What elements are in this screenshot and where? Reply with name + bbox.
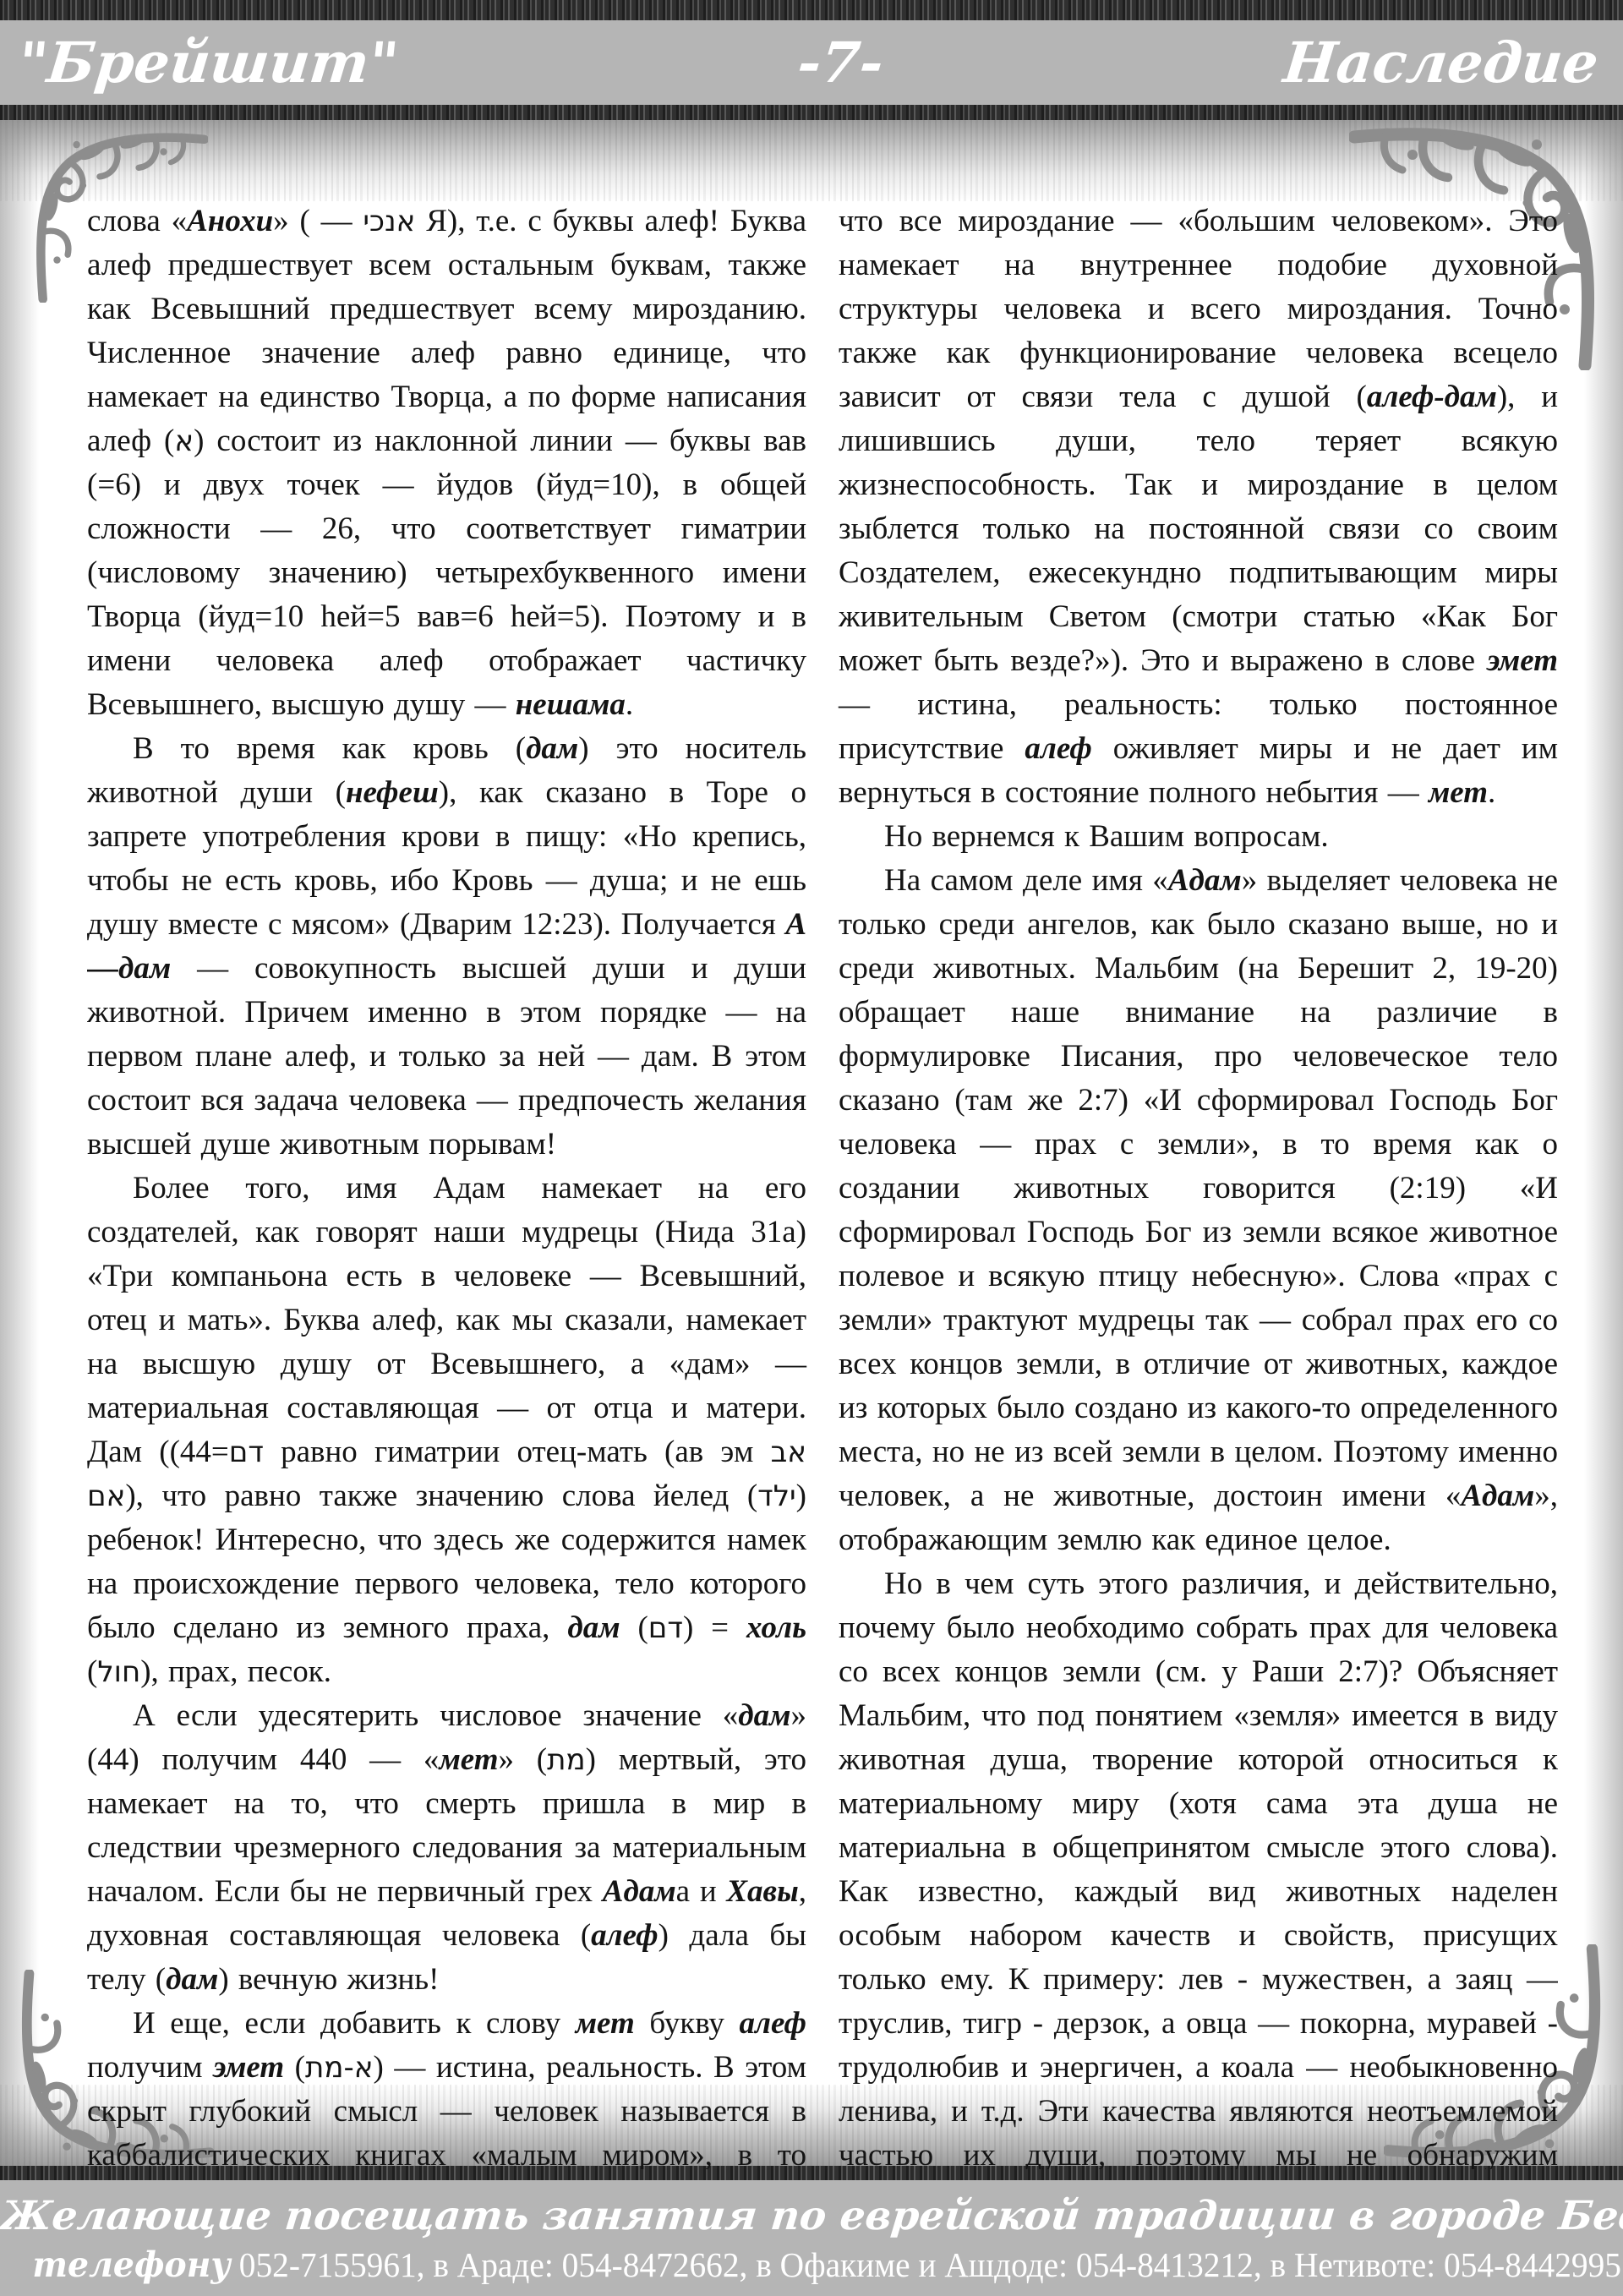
column-right: что все мироздание — «большим человеком»… [839,200,1558,2169]
text-run: слова « [87,204,187,238]
text-run: И еще, если добавить к слову [133,2006,576,2041]
text-run: букву [635,2006,740,2041]
emphasized-term: дам [567,1610,620,1645]
text-run: получим [87,2050,213,2085]
paragraph: В то время как кровь (дам) это носитель … [87,727,806,1167]
text-run: » выделяет человека не только среди анге… [839,863,1558,1513]
top-texture-strip [0,0,1623,20]
left-page-edge-shading [0,120,39,2166]
text-run: ), что равно также значению слова йелед … [125,1479,757,1513]
emphasized-term: нефеш [346,775,439,810]
text-run: . [626,687,633,722]
text-run: Но вернемся к Вашим вопросам. [884,819,1329,854]
hebrew-term: מת [547,1743,585,1777]
newsletter-series-title: Наследие [1280,30,1601,96]
hebrew-term: ילד [757,1479,796,1513]
emphasized-term: дам [166,1962,218,1997]
footer-phones-lead: телефону [32,2244,231,2285]
paragraph: слова «Анохи» ( — אנכי Я), т.е. с буквы … [87,200,806,727]
article-body: слова «Анохи» ( — אנכי Я), т.е. с буквы … [87,200,1558,2169]
emphasized-term: эмет [213,2050,284,2085]
text-run: А если удесятерить числовое значение « [133,1698,738,1733]
text-run: В то время как кровь ( [133,731,526,766]
emphasized-term: нешама [516,687,626,722]
column-left: слова «Анохи» ( — אנכי Я), т.е. с буквы … [87,200,806,2169]
emphasized-term: мет [1429,775,1488,810]
emphasized-term: Хавы [726,1874,798,1909]
emphasized-term: алеф [591,1918,658,1953]
footer-phone-numbers: 052-7155961, в Араде: 054-8472662, в Офа… [231,2245,1621,2284]
text-run: ), прах, песок. [140,1654,331,1689]
paragraph: Более того, имя Адам намекает на его соз… [87,1167,806,1694]
emphasized-term: алеф [1025,731,1091,766]
text-run: » ( [499,1742,548,1777]
paragraph: А если удесятерить числовое значение «да… [87,1694,806,2002]
text-run: » ( — [273,204,363,238]
emphasized-term: холь [746,1610,806,1645]
emphasized-term: алеф-дам [1367,380,1497,414]
text-run: ( [87,1654,97,1689]
hebrew-term: חול [97,1655,140,1689]
emphasized-term: Анохи [187,204,273,238]
emphasized-term: дам [526,731,578,766]
text-run: равно гиматрии отец-мать (ав эм [264,1435,771,1469]
newsletter-title: "Брейшит" [15,30,402,96]
emphasized-term: дам [738,1698,790,1733]
emphasized-term: мет [439,1742,498,1777]
text-run: Более того, имя Адам намекает на его соз… [87,1171,806,1469]
paragraph: Но вернемся к Вашим вопросам. [839,815,1558,859]
text-run: — совокупность высшей души и души животн… [87,951,806,1162]
right-page-edge-shading [1584,120,1623,2166]
text-run: Я), т.е. с буквы алеф! Буква алеф предше… [87,204,806,458]
hebrew-term: דם [229,1435,264,1469]
text-run: Но в чем суть этого различия, и действит… [839,1566,1558,2169]
paragraph: На самом деле имя «Адам» выделяет челове… [839,859,1558,1562]
page-footer: Желающие посещать занятия по еврейской т… [0,2180,1623,2296]
hebrew-term: דם [648,1611,683,1645]
hebrew-term: אנכי [363,205,415,238]
page-number: -7- [795,30,887,96]
paragraph: что все мироздание — «большим человеком»… [839,200,1558,815]
page-header: "Брейшит" -7- Наследие [0,20,1623,105]
text-run: ( [284,2050,305,2085]
text-run: На самом деле имя « [884,863,1168,898]
emphasized-term: Адам [1461,1479,1534,1513]
footer-phones-line: телефону 052-7155961, в Араде: 054-84726… [32,2241,1590,2288]
text-run: ), и лишившись души, тело теряет всякую … [839,380,1558,678]
paragraph: Но в чем суть этого различия, и действит… [839,1562,1558,2169]
hebrew-term: א [174,424,194,458]
hebrew-term: א-מת [305,2051,374,2085]
text-run: а и [676,1874,727,1909]
text-run: ( [620,1610,648,1645]
emphasized-term: Адам [603,1874,676,1909]
text-run: ) вечную жизнь! [218,1962,439,1997]
text-run: ) = [683,1610,746,1645]
text-run: . [1488,775,1495,810]
footer-invitation-line: Желающие посещать занятия по еврейской т… [0,2192,1623,2241]
emphasized-term: мет [576,2006,635,2041]
emphasized-term: Адам [1168,863,1242,898]
paragraph: И еще, если добавить к слову мет букву а… [87,2002,806,2169]
text-run: ) состоит из наклонной линии — буквы вав… [87,424,806,722]
newsletter-page: "Брейшит" -7- Наследие слова «Анохи» ( —… [0,0,1623,2296]
emphasized-term: эмет [1487,643,1558,678]
emphasized-term: алеф [740,2006,806,2041]
